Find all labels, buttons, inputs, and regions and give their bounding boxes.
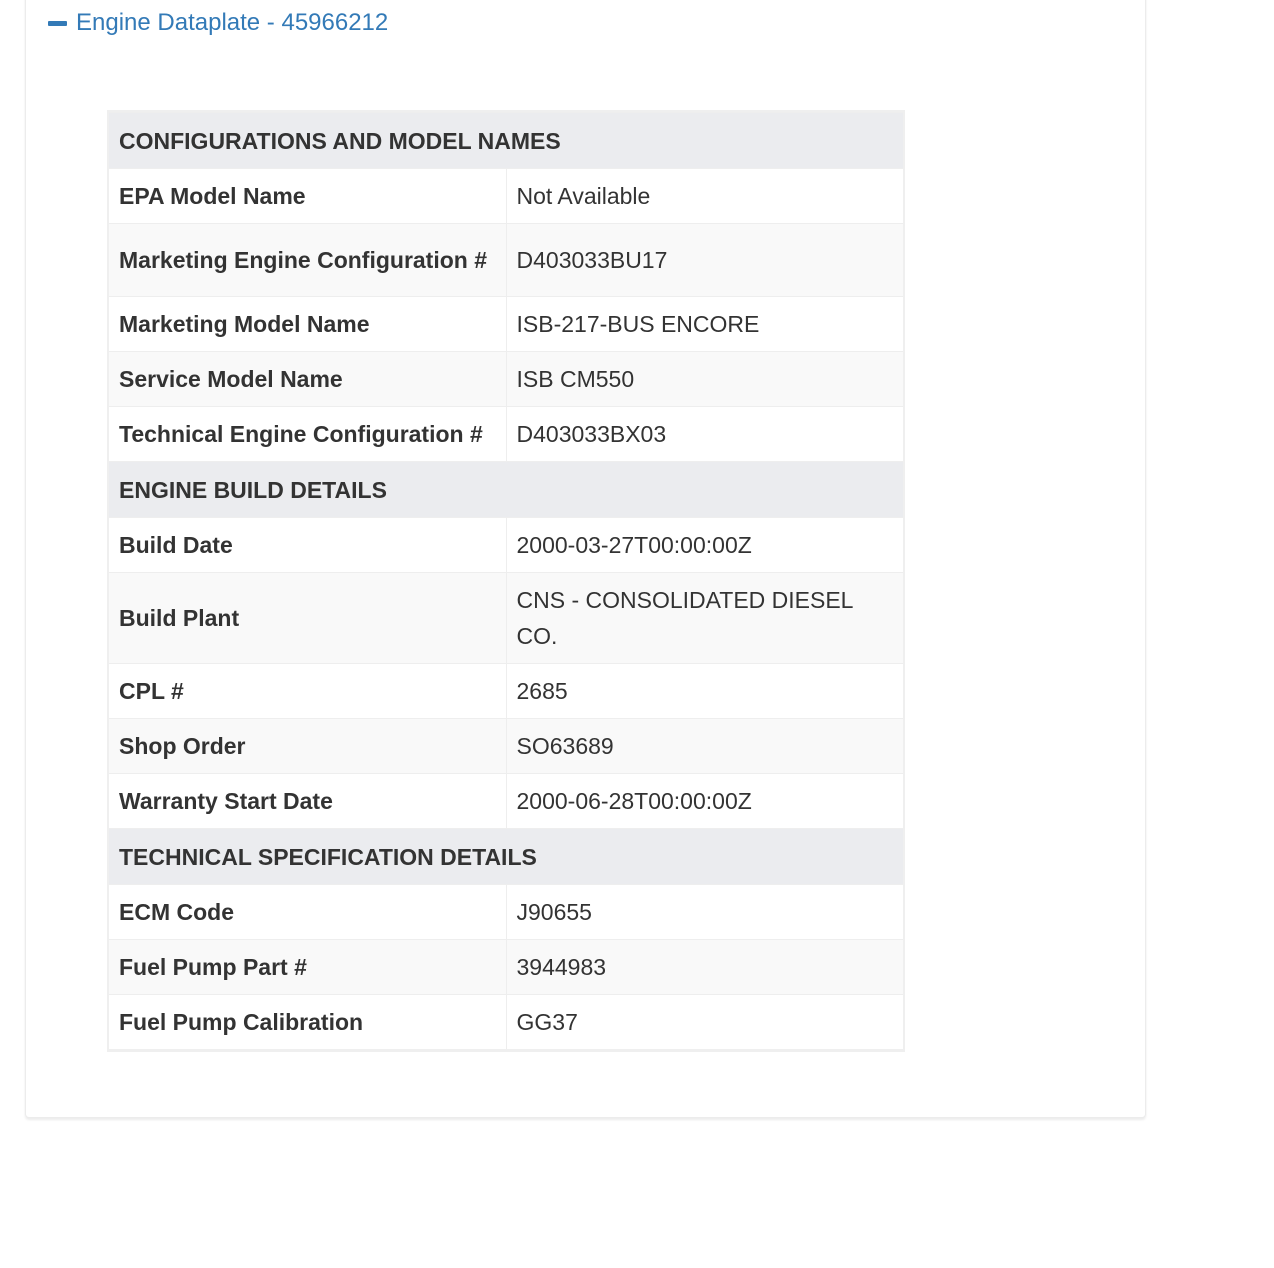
row-label-marketing-engine-configuration: Marketing Engine Configuration # xyxy=(109,224,506,297)
row-label-technical-engine-configuration: Technical Engine Configuration # xyxy=(109,407,506,462)
section-title: ENGINE BUILD DETAILS xyxy=(109,462,903,518)
section-header-engine-build-details: ENGINE BUILD DETAILS xyxy=(109,462,903,518)
row-label-service-model-name: Service Model Name xyxy=(109,352,506,407)
table-row: Marketing Model NameISB-217-BUS ENCORE xyxy=(109,297,903,352)
row-value-build-plant: CNS - CONSOLIDATED DIESEL CO. xyxy=(506,573,903,664)
row-label-fuel-pump-calibration: Fuel Pump Calibration xyxy=(109,995,506,1050)
engine-dataplate-toggle[interactable]: Engine Dataplate - 45966212 xyxy=(48,6,388,40)
minus-icon[interactable] xyxy=(48,21,67,26)
section-title: CONFIGURATIONS AND MODEL NAMES xyxy=(109,113,903,169)
row-value-build-date: 2000-03-27T00:00:00Z xyxy=(506,518,903,573)
table-row: CPL #2685 xyxy=(109,664,903,719)
row-label-epa-model-name: EPA Model Name xyxy=(109,169,506,224)
row-label-cpl: CPL # xyxy=(109,664,506,719)
table-row: Shop OrderSO63689 xyxy=(109,719,903,774)
row-label-warranty-start-date: Warranty Start Date xyxy=(109,774,506,829)
section-header-technical-specification-details: TECHNICAL SPECIFICATION DETAILS xyxy=(109,829,903,885)
dataplate-table: CONFIGURATIONS AND MODEL NAMESEPA Model … xyxy=(109,112,903,1049)
table-row: Marketing Engine Configuration #D403033B… xyxy=(109,224,903,297)
table-row: Build PlantCNS - CONSOLIDATED DIESEL CO. xyxy=(109,573,903,664)
table-row: Technical Engine Configuration #D403033B… xyxy=(109,407,903,462)
table-row: ECM CodeJ90655 xyxy=(109,885,903,940)
table-row: Fuel Pump CalibrationGG37 xyxy=(109,995,903,1050)
row-label-build-plant: Build Plant xyxy=(109,573,506,664)
row-value-marketing-engine-configuration: D403033BU17 xyxy=(506,224,903,297)
row-value-warranty-start-date: 2000-06-28T00:00:00Z xyxy=(506,774,903,829)
table-row: Build Date2000-03-27T00:00:00Z xyxy=(109,518,903,573)
row-label-build-date: Build Date xyxy=(109,518,506,573)
table-row: Warranty Start Date2000-06-28T00:00:00Z xyxy=(109,774,903,829)
table-row: Fuel Pump Part #3944983 xyxy=(109,940,903,995)
row-value-service-model-name: ISB CM550 xyxy=(506,352,903,407)
row-value-epa-model-name: Not Available xyxy=(506,169,903,224)
row-value-marketing-model-name: ISB-217-BUS ENCORE xyxy=(506,297,903,352)
row-label-fuel-pump-part: Fuel Pump Part # xyxy=(109,940,506,995)
row-label-shop-order: Shop Order xyxy=(109,719,506,774)
row-value-cpl: 2685 xyxy=(506,664,903,719)
engine-dataplate-title[interactable]: Engine Dataplate - 45966212 xyxy=(76,9,388,37)
row-label-marketing-model-name: Marketing Model Name xyxy=(109,297,506,352)
row-value-fuel-pump-calibration: GG37 xyxy=(506,995,903,1050)
row-value-technical-engine-configuration: D403033BX03 xyxy=(506,407,903,462)
row-value-ecm-code: J90655 xyxy=(506,885,903,940)
section-header-configurations-and-model-names: CONFIGURATIONS AND MODEL NAMES xyxy=(109,113,903,169)
row-label-ecm-code: ECM Code xyxy=(109,885,506,940)
dataplate-table-container: CONFIGURATIONS AND MODEL NAMESEPA Model … xyxy=(107,110,905,1052)
row-value-fuel-pump-part: 3944983 xyxy=(506,940,903,995)
table-row: Service Model NameISB CM550 xyxy=(109,352,903,407)
table-row: EPA Model NameNot Available xyxy=(109,169,903,224)
row-value-shop-order: SO63689 xyxy=(506,719,903,774)
section-title: TECHNICAL SPECIFICATION DETAILS xyxy=(109,829,903,885)
